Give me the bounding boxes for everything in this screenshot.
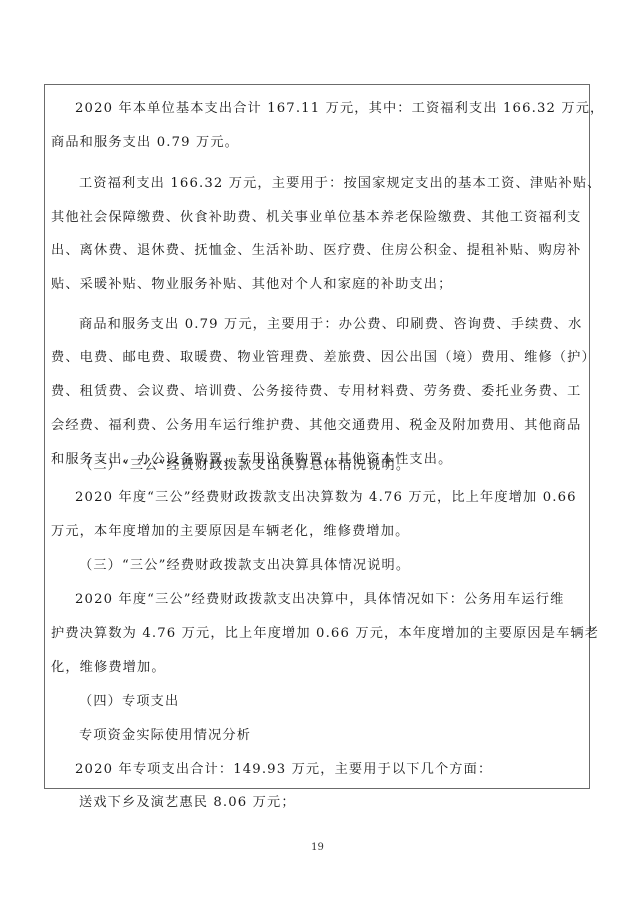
paragraph-basic-expenditure-line-1: 2020 年本单位基本支出合计 167.11 万元，其中：工资福利支出 166.… — [75, 97, 604, 116]
page-number: 19 — [0, 842, 635, 853]
paragraph-three-public-detail-line-2: 护费决算数为 4.76 万元，比上年度增加 0.66 万元，本年度增加的主要原因… — [51, 622, 599, 641]
paragraph-salary-line-2: 其他社会保障缴费、伙食补助费、机关事业单位基本养老保险缴费、其他工资福利支 — [51, 206, 581, 225]
paragraph-salary-line-3: 出、离休费、退休费、抚恤金、生活补助、医疗费、住房公积金、提租补贴、购房补 — [51, 239, 581, 258]
paragraph-goods-services-line-3: 费、租赁费、会议费、培训费、公务接待费、专用材料费、劳务费、委托业务费、工 — [51, 380, 581, 399]
paragraph-salary-line-4: 贴、采暖补贴、物业服务补贴、其他对个人和家庭的补助支出； — [51, 273, 452, 292]
section-subheading: 专项资金实际使用情况分析 — [79, 724, 251, 743]
paragraph-salary-line-1: 工资福利支出 166.32 万元，主要用于：按国家规定支出的基本工资、津贴补贴、 — [79, 172, 602, 191]
paragraph-goods-services-line-2: 费、电费、邮电费、取暖费、物业管理费、差旅费、因公出国（境）费用、维修（护） — [51, 346, 596, 365]
content-box: 2020 年本单位基本支出合计 167.11 万元，其中：工资福利支出 166.… — [44, 84, 590, 789]
paragraph-three-public-total-line-1: 2020 年度“三公”经费财政拨款支出决算数为 4.76 万元，比上年度增加 0… — [75, 486, 577, 505]
paragraph-three-public-total-line-2: 万元，本年度增加的主要原因是车辆老化，维修费增加。 — [51, 520, 409, 539]
paragraph-basic-expenditure-line-2: 商品和服务支出 0.79 万元。 — [51, 131, 239, 150]
paragraph-goods-services-line-1: 商品和服务支出 0.79 万元，主要用于：办公费、印刷费、咨询费、手续费、水 — [79, 313, 582, 332]
paragraph-goods-services-line-4: 会经费、福利费、公务用车运行维护费、其他交通费用、税金及附加费用、其他商品 — [51, 414, 581, 433]
paragraph-three-public-detail-line-1: 2020 年度“三公”经费财政拨款支出决算中，具体情况如下：公务用车运行维 — [75, 588, 564, 607]
section-heading-4: （四）专项支出 — [79, 690, 179, 709]
document-page: 2020 年本单位基本支出合计 167.11 万元，其中：工资福利支出 166.… — [0, 0, 635, 898]
paragraph-three-public-detail-line-3: 化，维修费增加。 — [51, 656, 166, 675]
paragraph-special-total: 2020 年专项支出合计：149.93 万元，主要用于以下几个方面： — [75, 758, 492, 777]
section-heading-2: （二）“三公”经费财政拨款支出决算总体情况说明。 — [79, 454, 410, 473]
paragraph-special-item-1: 送戏下乡及演艺惠民 8.06 万元； — [79, 791, 296, 810]
section-heading-3: （三）“三公”经费财政拨款支出决算具体情况说明。 — [79, 554, 410, 573]
